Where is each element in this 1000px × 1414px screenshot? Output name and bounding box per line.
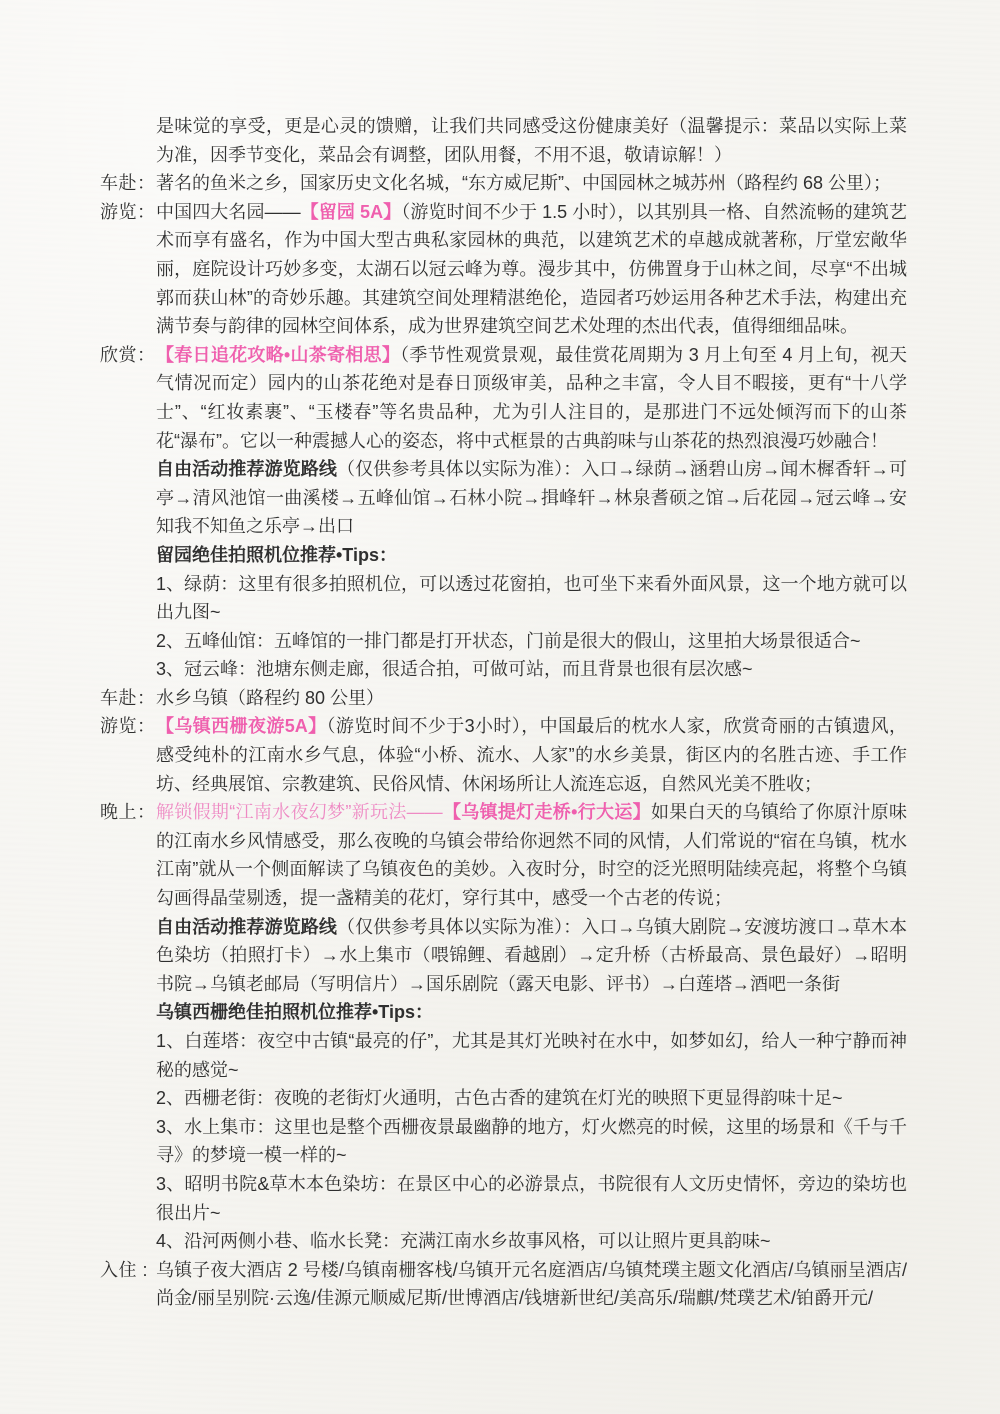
itinerary-row: 3、昭明书院&草木本色染坊：在景区中心的必游景点，书院很有人文历史情怀，旁边的染…	[100, 1170, 907, 1227]
highlight-segment: 【乌镇西栅夜游5A】	[156, 716, 327, 736]
itinerary-row: 游览：【乌镇西栅夜游5A】（游览时间不少于3小时），中国最后的枕水人家，欣赏奇丽…	[100, 712, 907, 798]
row-body: 是味觉的享受，更是心灵的馈赠，让我们共同感受这份健康美好（温馨提示：菜品以实际上…	[156, 112, 907, 169]
bold-segment: 留园绝佳拍照机位推荐•Tips：	[156, 545, 397, 565]
row-label: 车赴：	[100, 169, 156, 198]
itinerary-row: 车赴：水乡乌镇（路程约 80 公里）	[100, 684, 907, 713]
row-body: 【乌镇西栅夜游5A】（游览时间不少于3小时），中国最后的枕水人家，欣赏奇丽的古镇…	[156, 712, 907, 798]
text-segment: 3、昭明书院&草木本色染坊：在景区中心的必游景点，书院很有人文历史情怀，旁边的染…	[156, 1174, 907, 1223]
row-body: 3、水上集市：这里也是整个西栅夜景最幽静的地方，灯火燃亮的时候，这里的场景和《千…	[156, 1113, 907, 1170]
highlight-segment: 【留园 5A】	[301, 202, 402, 222]
bold-segment: 自由活动推荐游览路线	[156, 917, 337, 937]
row-body: 自由活动推荐游览路线（仅供参考具体以实际为准）：入口→绿荫→涵碧山房→闻木樨香轩…	[156, 455, 907, 541]
text-segment: 是味觉的享受，更是心灵的馈赠，让我们共同感受这份健康美好（温馨提示：菜品以实际上…	[156, 116, 907, 165]
row-label: 游览：	[100, 712, 156, 741]
row-label: 游览：	[100, 198, 156, 227]
row-body: 2、五峰仙馆：五峰馆的一排门都是打开状态，门前是很大的假山，这里拍大场景很适合~	[156, 627, 907, 656]
row-body: 4、沿河两侧小巷、临水长凳：充满江南水乡故事风格，可以让照片更具韵味~	[156, 1227, 907, 1256]
row-body: 解锁假期“江南水夜幻梦”新玩法——【乌镇提灯走桥•行大运】如果白天的乌镇给了你原…	[156, 798, 907, 912]
text-segment: 乌镇子夜大酒店 2 号楼/乌镇南栅客栈/乌镇开元名庭酒店/乌镇梵璞主题文化酒店/…	[156, 1260, 907, 1309]
highlight-segment: 【乌镇提灯走桥•行大运】	[443, 802, 651, 822]
itinerary-row: 2、五峰仙馆：五峰馆的一排门都是打开状态，门前是很大的假山，这里拍大场景很适合~	[100, 627, 907, 656]
text-segment: 1、白莲塔：夜空中古镇“最亮的仔”，尤其是其灯光映衬在水中，如梦如幻，给人一种宁…	[156, 1031, 907, 1080]
row-body: 自由活动推荐游览路线（仅供参考具体以实际为准）：入口→乌镇大剧院→安渡坊渡口→草…	[156, 913, 907, 999]
row-label: 欣赏：	[100, 341, 156, 370]
itinerary-row: 欣赏：【春日追花攻略•山茶寄相思】（季节性观赏景观，最佳赏花周期为 3 月上旬至…	[100, 341, 907, 455]
row-body: 中国四大名园——【留园 5A】（游览时间不少于 1.5 小时），以其别具一格、自…	[156, 198, 907, 341]
highlight-segment: 解锁假期“江南水夜幻梦”新玩法——	[156, 802, 443, 822]
text-segment: 3、水上集市：这里也是整个西栅夜景最幽静的地方，灯火燃亮的时候，这里的场景和《千…	[156, 1117, 907, 1166]
bold-segment: 自由活动推荐游览路线	[156, 459, 337, 479]
text-segment: 1、绿荫：这里有很多拍照机位，可以透过花窗拍，也可坐下来看外面风景，这一个地方就…	[156, 574, 907, 623]
itinerary-content: 是味觉的享受，更是心灵的馈赠，让我们共同感受这份健康美好（温馨提示：菜品以实际上…	[100, 112, 907, 1313]
text-segment: 2、西栅老街：夜晚的老街灯火通明，古色古香的建筑在灯光的映照下更显得韵味十足~	[156, 1088, 843, 1108]
row-label: 晚上：	[100, 798, 156, 827]
itinerary-row: 是味觉的享受，更是心灵的馈赠，让我们共同感受这份健康美好（温馨提示：菜品以实际上…	[100, 112, 907, 169]
row-body: 著名的鱼米之乡，国家历史文化名城，“东方威尼斯”、中国园林之城苏州（路程约 68…	[156, 169, 907, 198]
text-segment: 著名的鱼米之乡，国家历史文化名城，“东方威尼斯”、中国园林之城苏州（路程约 68…	[156, 173, 891, 193]
row-body: 1、白莲塔：夜空中古镇“最亮的仔”，尤其是其灯光映衬在水中，如梦如幻，给人一种宁…	[156, 1027, 907, 1084]
itinerary-row: 自由活动推荐游览路线（仅供参考具体以实际为准）：入口→绿荫→涵碧山房→闻木樨香轩…	[100, 455, 907, 541]
itinerary-row: 车赴：著名的鱼米之乡，国家历史文化名城，“东方威尼斯”、中国园林之城苏州（路程约…	[100, 169, 907, 198]
itinerary-row: 3、冠云峰：池塘东侧走廊，很适合拍，可做可站，而且背景也很有层次感~	[100, 655, 907, 684]
itinerary-page: 是味觉的享受，更是心灵的馈赠，让我们共同感受这份健康美好（温馨提示：菜品以实际上…	[0, 0, 1000, 1414]
row-body: 3、昭明书院&草木本色染坊：在景区中心的必游景点，书院很有人文历史情怀，旁边的染…	[156, 1170, 907, 1227]
itinerary-row: 入住 :乌镇子夜大酒店 2 号楼/乌镇南栅客栈/乌镇开元名庭酒店/乌镇梵璞主题文…	[100, 1256, 907, 1313]
row-label: 入住 :	[100, 1256, 156, 1285]
itinerary-row: 1、白莲塔：夜空中古镇“最亮的仔”，尤其是其灯光映衬在水中，如梦如幻，给人一种宁…	[100, 1027, 907, 1084]
row-label: 车赴：	[100, 684, 156, 713]
row-body: 乌镇西栅绝佳拍照机位推荐•Tips：	[156, 998, 907, 1027]
text-segment: 中国四大名园——	[156, 202, 301, 222]
itinerary-row: 4、沿河两侧小巷、临水长凳：充满江南水乡故事风格，可以让照片更具韵味~	[100, 1227, 907, 1256]
text-segment: 4、沿河两侧小巷、临水长凳：充满江南水乡故事风格，可以让照片更具韵味~	[156, 1231, 771, 1251]
itinerary-row: 乌镇西栅绝佳拍照机位推荐•Tips：	[100, 998, 907, 1027]
row-body: 2、西栅老街：夜晚的老街灯火通明，古色古香的建筑在灯光的映照下更显得韵味十足~	[156, 1084, 907, 1113]
row-body: 3、冠云峰：池塘东侧走廊，很适合拍，可做可站，而且背景也很有层次感~	[156, 655, 907, 684]
itinerary-row: 游览：中国四大名园——【留园 5A】（游览时间不少于 1.5 小时），以其别具一…	[100, 198, 907, 341]
row-body: 留园绝佳拍照机位推荐•Tips：	[156, 541, 907, 570]
bold-segment: 乌镇西栅绝佳拍照机位推荐•Tips：	[156, 1002, 433, 1022]
itinerary-row: 1、绿荫：这里有很多拍照机位，可以透过花窗拍，也可坐下来看外面风景，这一个地方就…	[100, 570, 907, 627]
itinerary-row: 2、西栅老街：夜晚的老街灯火通明，古色古香的建筑在灯光的映照下更显得韵味十足~	[100, 1084, 907, 1113]
itinerary-row: 3、水上集市：这里也是整个西栅夜景最幽静的地方，灯火燃亮的时候，这里的场景和《千…	[100, 1113, 907, 1170]
text-segment: 2、五峰仙馆：五峰馆的一排门都是打开状态，门前是很大的假山，这里拍大场景很适合~	[156, 631, 861, 651]
row-body: 乌镇子夜大酒店 2 号楼/乌镇南栅客栈/乌镇开元名庭酒店/乌镇梵璞主题文化酒店/…	[156, 1256, 907, 1313]
row-body: 水乡乌镇（路程约 80 公里）	[156, 684, 907, 713]
itinerary-row: 晚上：解锁假期“江南水夜幻梦”新玩法——【乌镇提灯走桥•行大运】如果白天的乌镇给…	[100, 798, 907, 912]
row-body: 1、绿荫：这里有很多拍照机位，可以透过花窗拍，也可坐下来看外面风景，这一个地方就…	[156, 570, 907, 627]
text-segment: 水乡乌镇（路程约 80 公里）	[156, 688, 384, 708]
text-segment: 3、冠云峰：池塘东侧走廊，很适合拍，可做可站，而且背景也很有层次感~	[156, 659, 753, 679]
row-body: 【春日追花攻略•山茶寄相思】（季节性观赏景观，最佳赏花周期为 3 月上旬至 4 …	[156, 341, 907, 455]
itinerary-row: 留园绝佳拍照机位推荐•Tips：	[100, 541, 907, 570]
highlight-segment: 【春日追花攻略•山茶寄相思】	[156, 345, 400, 365]
itinerary-row: 自由活动推荐游览路线（仅供参考具体以实际为准）：入口→乌镇大剧院→安渡坊渡口→草…	[100, 913, 907, 999]
